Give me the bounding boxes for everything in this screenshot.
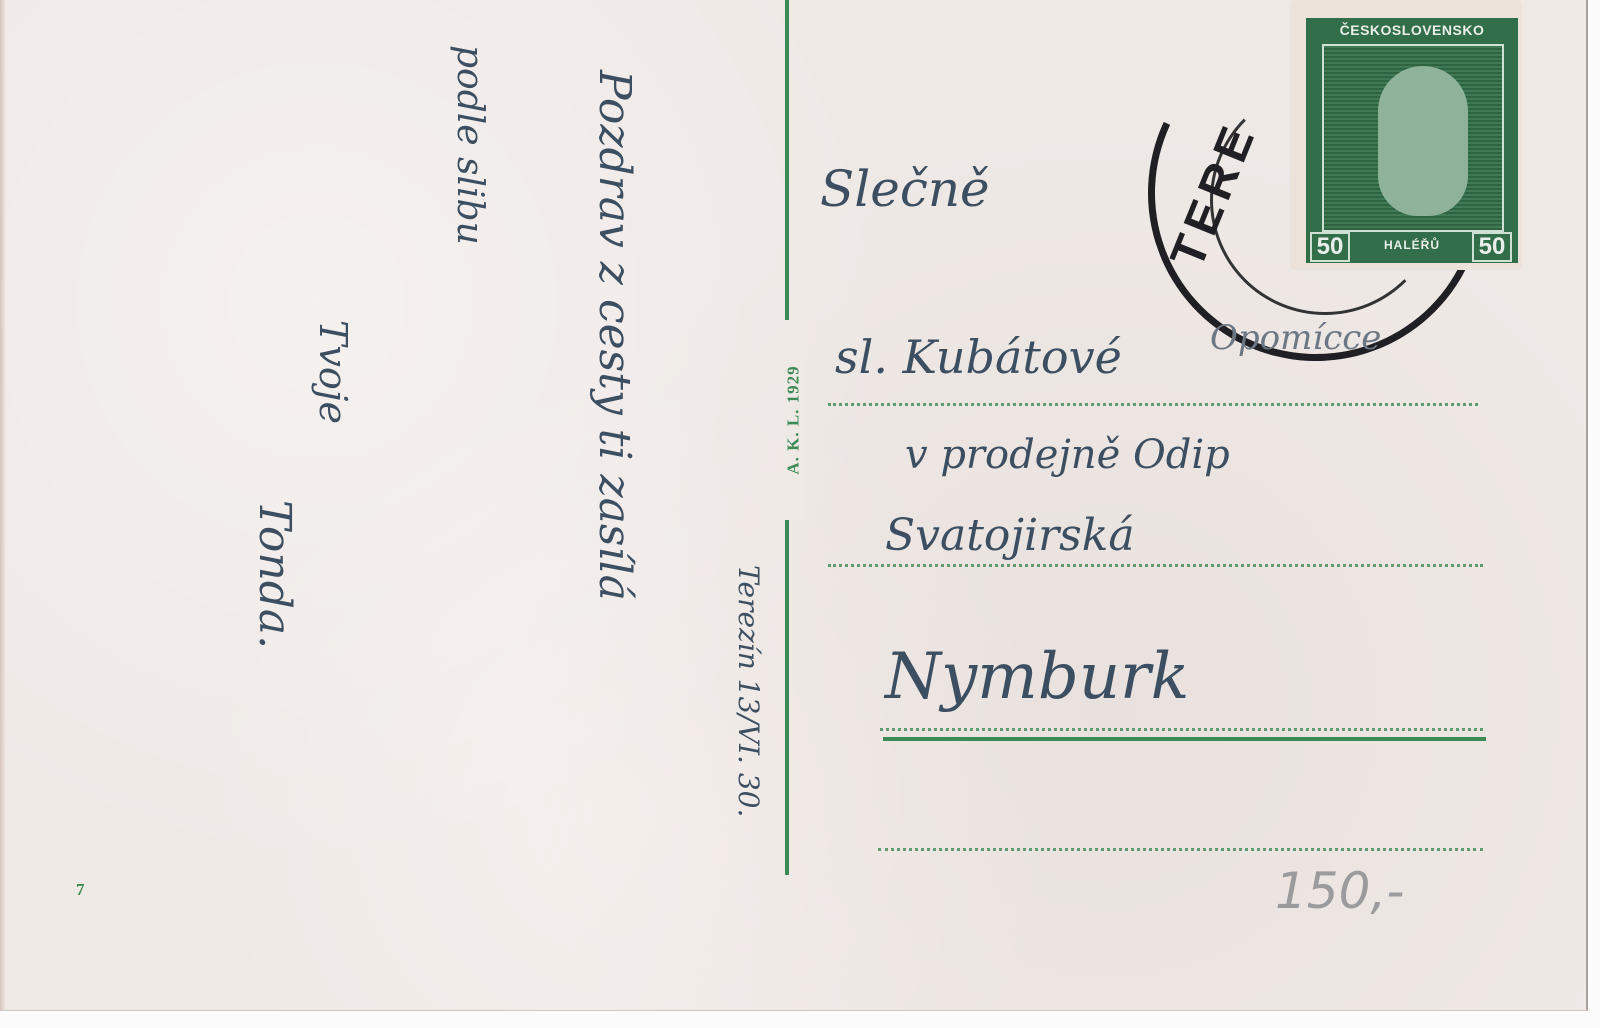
message-closing: Tvoje	[311, 320, 355, 424]
message-line-1: Pozdrav z cesty ti zasílá	[589, 70, 640, 601]
publisher-imprint: A. K. L. 1929	[782, 320, 806, 520]
address-name: sl. Kubátové	[835, 330, 1122, 384]
portrait-head-icon	[1378, 66, 1468, 216]
address-line-2-text: v prodejně Odip	[905, 432, 1230, 478]
address-underline	[883, 737, 1486, 741]
address-line-3-text: Svatojirská	[885, 510, 1135, 561]
address-line-3	[880, 728, 1483, 731]
pencil-price-note: 150,-	[1275, 862, 1404, 920]
message-signature: Tonda.	[249, 500, 300, 649]
card-edge	[0, 0, 6, 1010]
address-city: Nymburk	[885, 640, 1189, 714]
stamp-face: ČESKOSLOVENSKO 50 HALÉŘŮ 50	[1306, 18, 1518, 263]
stamp-currency: HALÉŘŮ	[1366, 238, 1458, 252]
address-overwritten: Opomícce	[1210, 318, 1381, 358]
publisher-imprint-text: A. K. L. 1929	[784, 365, 804, 474]
date-place: Terezín 13/VI. 30.	[732, 565, 765, 817]
stamp-portrait	[1322, 44, 1504, 232]
address-salutation: Slečně	[820, 160, 990, 218]
postcard-back: A. K. L. 1929 7 TERE ČESKOSLOVENSKO 50 H…	[0, 0, 1588, 1011]
stamp-value-right: 50	[1472, 232, 1512, 262]
stamp-value-left: 50	[1310, 232, 1350, 262]
stamp-country: ČESKOSLOVENSKO	[1306, 22, 1518, 38]
postage-stamp: ČESKOSLOVENSKO 50 HALÉŘŮ 50	[1290, 0, 1522, 270]
address-line-1	[828, 403, 1478, 406]
address-line-4	[878, 848, 1483, 851]
address-line-2	[828, 564, 1483, 567]
message-line-2: podle slibu	[449, 45, 490, 245]
card-number: 7	[76, 880, 85, 900]
